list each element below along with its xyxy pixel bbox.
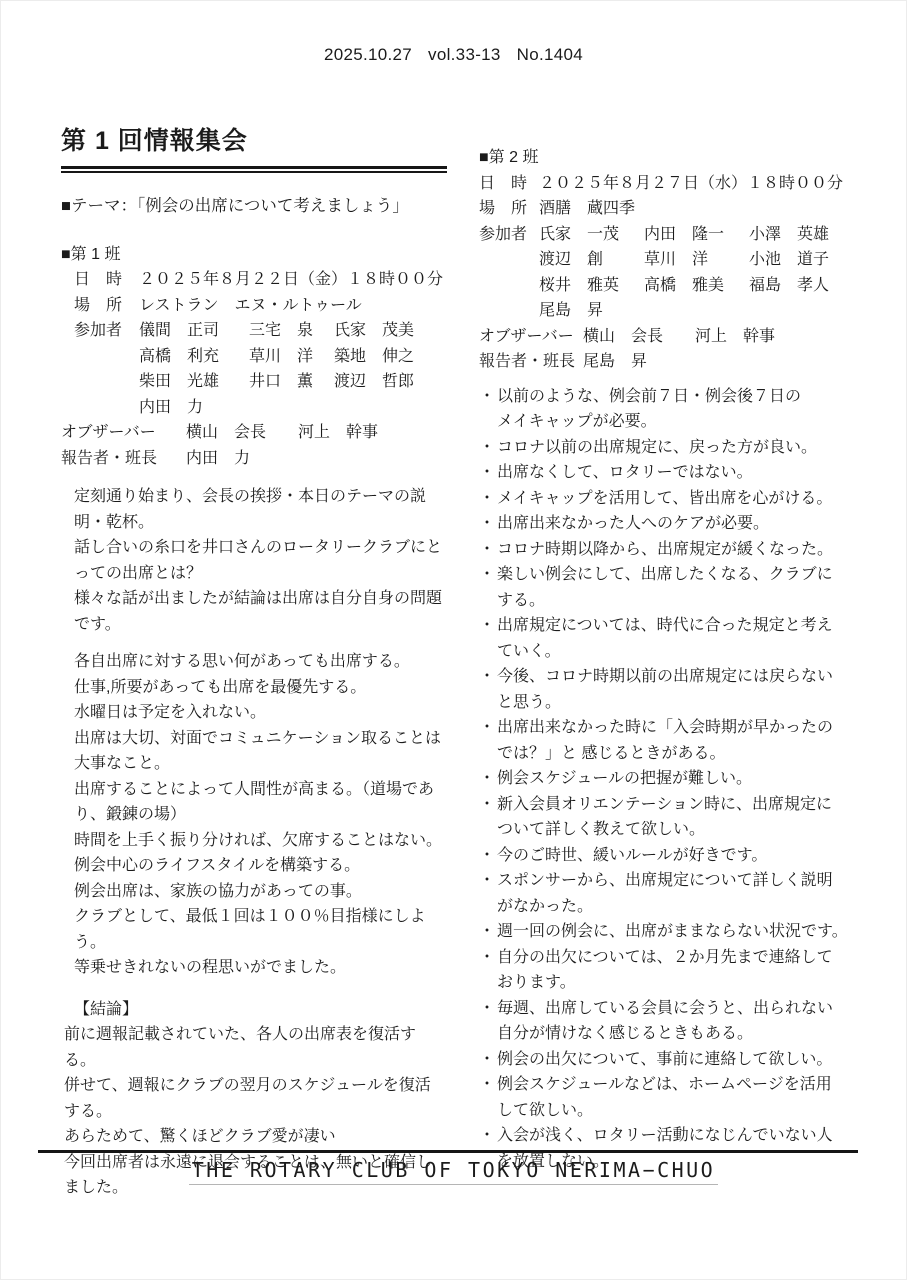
text-line: 時間を上手く振り分ければ、欠席することはない。 (74, 828, 447, 854)
participant-name: 小池 道子 (749, 247, 875, 273)
header-dateline: 2025.10.27 vol.33-13 No.1404 (1, 45, 906, 65)
bullet-item: 出席なくして、ロタリーではない。 (479, 460, 875, 486)
reporter-label: 報告者・班長 (61, 446, 186, 472)
datetime-label: 日 時 (61, 267, 139, 293)
conclusion-heading: 【結論】 (61, 997, 447, 1023)
place-value: 酒膳 蔵四季 (539, 196, 635, 222)
text-line: 仕事,所要があっても出席を最優先する。 (74, 675, 447, 701)
participant-name: 尾島 昇 (539, 298, 644, 324)
title-underline (61, 166, 447, 173)
participant-name (749, 298, 875, 324)
bullet-item: 毎週、出席している会員に会うと、出られない 自分が情けなく感じるときもある。 (479, 996, 875, 1047)
text-line: 前に週報記載されていた、各人の出席表を復活する。 (64, 1022, 447, 1073)
group1-section: ■第 1 班 日 時 ２０２５年８月２２日（金）１８時００分 場 所 レストラン… (61, 242, 447, 472)
place-label: 場 所 (479, 196, 539, 222)
participant-name: 柴田 光雄 (139, 369, 249, 395)
page-title: 第 1 回情報集会 (61, 125, 447, 157)
report-paragraph-1: 定刻通り始まり、会長の挨拶・本日のテーマの説 明・乾杯。話し合いの糸口を井口さん… (61, 484, 447, 637)
text-line: 定刻通り始まり、会長の挨拶・本日のテーマの説 明・乾杯。 (74, 484, 447, 535)
bullet-item: 例会スケジュールなどは、ホームページを活用 して欲しい。 (479, 1072, 875, 1123)
bullet-item: 今後、コロナ時期以前の出席規定には戻らない と思う。 (479, 664, 875, 715)
observer-value: 横山 会長 河上 幹事 (583, 324, 775, 350)
participant-name (644, 298, 749, 324)
participants-label: 参加者 (479, 222, 539, 324)
participant-name: 築地 伸之 (334, 344, 447, 370)
text-line: 例会中心のライフスタイルを構築する。 (74, 853, 447, 879)
group1-datetime-row: 日 時 ２０２５年８月２２日（金）１８時００分 (61, 267, 447, 293)
text-line: 水曜日は予定を入れない。 (74, 700, 447, 726)
participant-name (334, 395, 447, 421)
observer-label: オブザーバー (61, 420, 186, 446)
reporter-label: 報告者・班長 (479, 349, 583, 375)
text-line: あらためて、驚くほどクラブ愛が凄い (64, 1124, 447, 1150)
group1-place-row: 場 所 レストラン エヌ・ルトゥール (61, 293, 447, 319)
group2-section: ■第 2 班 日 時 ２０２５年８月２７日（水）１８時００分 場 所 酒膳 蔵四… (479, 145, 875, 375)
left-column: 第 1 回情報集会 ■テーマ：「例会の出席について考えましょう」 ■第 1 班 … (61, 125, 447, 1201)
bullet-item: 出席規定については、時代に合った規定と考え ていく。 (479, 613, 875, 664)
bulletin-page: 2025.10.27 vol.33-13 No.1404 第 1 回情報集会 ■… (0, 0, 907, 1280)
bullet-item: 出席出来なかった時に「入会時期が早かったの では？」と 感じるときがある。 (479, 715, 875, 766)
issue-volume: vol.33-13 (428, 45, 501, 65)
text-line: 出席は大切、対面でコミュニケーション取ることは 大事なこと。 (74, 726, 447, 777)
footer-rule (38, 1150, 858, 1153)
observer-label: オブザーバー (479, 324, 583, 350)
text-line: 例会出席は、家族の協力があっての事。 (74, 879, 447, 905)
datetime-label: 日 時 (479, 171, 539, 197)
participant-name: 高橋 雅美 (644, 273, 749, 299)
place-value: レストラン エヌ・ルトゥール (139, 293, 362, 319)
report-paragraph-2: 各自出席に対する思い何があっても出席する。仕事,所要があっても出席を最優先する。… (61, 649, 447, 981)
group1-heading: ■第 1 班 (61, 242, 447, 268)
bullet-item: 例会の出欠について、事前に連絡して欲しい。 (479, 1047, 875, 1073)
text-line: 話し合いの糸口を井口さんのロータリークラブにと っての出席とは？ (74, 535, 447, 586)
place-label: 場 所 (61, 293, 139, 319)
participant-name: 桜井 雅英 (539, 273, 644, 299)
group2-place-row: 場 所 酒膳 蔵四季 (479, 196, 875, 222)
group2-reporter-row: 報告者・班長 尾島 昇 (479, 349, 875, 375)
participant-name: 儀間 正司 (139, 318, 249, 344)
participant-name: 小澤 英雄 (749, 222, 875, 248)
opinion-bullet-list: 以前のような、例会前７日・例会後７日の メイキャップが必要。コロナ以前の出席規定… (479, 384, 875, 1175)
observer-value: 横山 会長 河上 幹事 (186, 420, 378, 446)
bullet-item: 以前のような、例会前７日・例会後７日の メイキャップが必要。 (479, 384, 875, 435)
text-line: 等乗せきれないの程思いがでました。 (74, 955, 447, 981)
datetime-value: ２０２５年８月２７日（水）１８時００分 (539, 171, 843, 197)
reporter-value: 尾島 昇 (583, 349, 647, 375)
issue-number: No.1404 (517, 45, 583, 65)
text-line: 各自出席に対する思い何があっても出席する。 (74, 649, 447, 675)
bullet-item: 楽しい例会にして、出席したくなる、クラブに する。 (479, 562, 875, 613)
participant-name: 内田 力 (139, 395, 249, 421)
group1-reporter-row: 報告者・班長 内田 力 (61, 446, 447, 472)
bullet-item: 出席出来なかった人へのケアが必要。 (479, 511, 875, 537)
bullet-item: コロナ以前の出席規定に、戻った方が良い。 (479, 435, 875, 461)
text-line: 併せて、週報にクラブの翌月のスケジュールを復活 する。 (64, 1073, 447, 1124)
theme-line: ■テーマ：「例会の出席について考えましょう」 (61, 194, 447, 220)
text-line: 様々な話が出ましたが結論は出席は自分自身の問題 です。 (74, 586, 447, 637)
group1-participants-row: 参加者 儀間 正司三宅 泉氏家 茂美高橋 利充草川 洋築地 伸之柴田 光雄井口 … (61, 318, 447, 420)
group2-observer-row: オブザーバー 横山 会長 河上 幹事 (479, 324, 875, 350)
group1-observer-row: オブザーバー 横山 会長 河上 幹事 (61, 420, 447, 446)
participants-label: 参加者 (61, 318, 139, 420)
bullet-item: 新入会員オリエンテーション時に、出席規定に ついて詳しく教えて欲しい。 (479, 792, 875, 843)
group2-participants-row: 参加者 氏家 一茂内田 隆一小澤 英雄渡辺 創草川 洋小池 道子桜井 雅英高橋 … (479, 222, 875, 324)
participant-name: 井口 薫 (249, 369, 334, 395)
bullet-item: 自分の出欠については、２か月先まで連絡して おります。 (479, 945, 875, 996)
reporter-value: 内田 力 (186, 446, 250, 472)
group2-datetime-row: 日 時 ２０２５年８月２７日（水）１８時００分 (479, 171, 875, 197)
bullet-item: スポンサーから、出席規定について詳しく説明 がなかった。 (479, 868, 875, 919)
bullet-item: メイキャップを活用して、皆出席を心がける。 (479, 486, 875, 512)
text-line: 出席することによって人間性が高まる。（道場であ り、鍛錬の場） (74, 777, 447, 828)
group2-heading: ■第 2 班 (479, 145, 875, 171)
footer-club-name: THE ROTARY CLUB OF TOKYO NERIMA−CHUO (1, 1158, 906, 1182)
bullet-item: 今のご時世、緩いルールが好きです。 (479, 843, 875, 869)
footer-club-name-text: THE ROTARY CLUB OF TOKYO NERIMA−CHUO (189, 1158, 718, 1185)
bullet-item: 例会スケジュールの把握が難しい。 (479, 766, 875, 792)
participant-name: 氏家 茂美 (334, 318, 447, 344)
right-column: ■第 2 班 日 時 ２０２５年８月２７日（水）１８時００分 場 所 酒膳 蔵四… (479, 145, 875, 1174)
issue-date: 2025.10.27 (324, 45, 412, 65)
participant-name: 三宅 泉 (249, 318, 334, 344)
participants-grid: 氏家 一茂内田 隆一小澤 英雄渡辺 創草川 洋小池 道子桜井 雅英高橋 雅美福島… (539, 222, 875, 324)
participant-name: 渡辺 創 (539, 247, 644, 273)
datetime-value: ２０２５年８月２２日（金）１８時００分 (139, 267, 443, 293)
participant-name (249, 395, 334, 421)
participant-name: 渡辺 哲郎 (334, 369, 447, 395)
participant-name: 内田 隆一 (644, 222, 749, 248)
participant-name: 福島 孝人 (749, 273, 875, 299)
participant-name: 草川 洋 (249, 344, 334, 370)
participant-name: 高橋 利充 (139, 344, 249, 370)
bullet-item: コロナ時期以降から、出席規定が緩くなった。 (479, 537, 875, 563)
participant-name: 氏家 一茂 (539, 222, 644, 248)
participant-name: 草川 洋 (644, 247, 749, 273)
bullet-item: 週一回の例会に、出席がままならない状況です。 (479, 919, 875, 945)
participants-grid: 儀間 正司三宅 泉氏家 茂美高橋 利充草川 洋築地 伸之柴田 光雄井口 薫渡辺 … (139, 318, 447, 420)
text-line: クラブとして、最低１回は１００％目指様にしよう。 (74, 904, 447, 955)
